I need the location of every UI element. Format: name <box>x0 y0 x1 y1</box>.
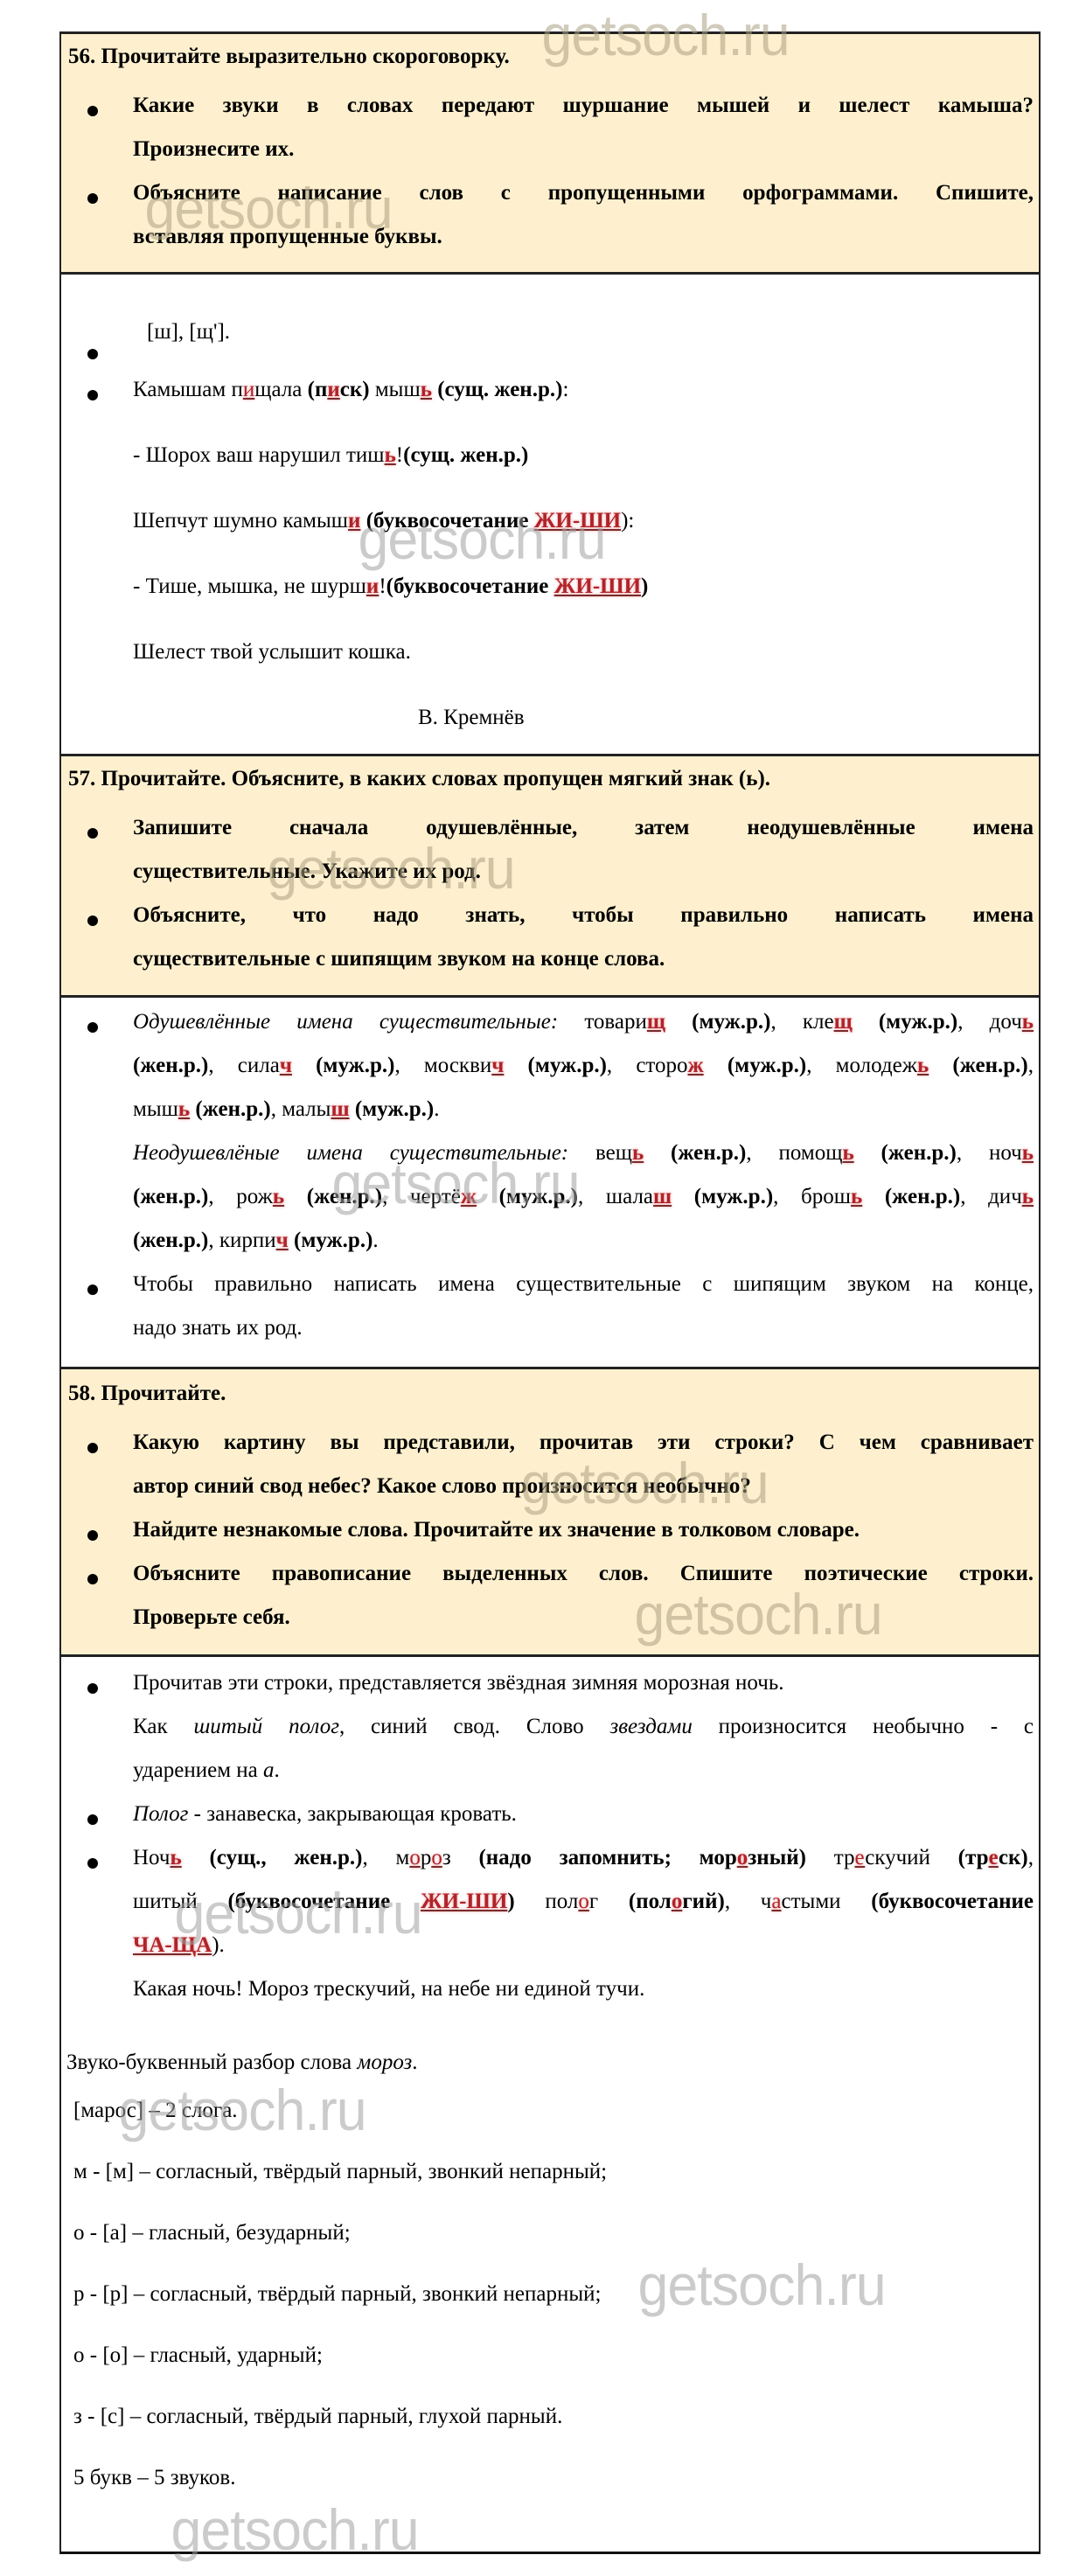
text-segment: ! <box>396 443 403 467</box>
text-segment: (жен.р.) <box>133 1185 208 1208</box>
text-segment: ) <box>507 1890 514 1913</box>
exercise-57-question: 57. Прочитайте. Объясните, в каких слова… <box>59 754 1041 995</box>
text-segment: скучий <box>865 1846 957 1869</box>
ex58-task-3-line-1: Объясните правописание выделенных слов. … <box>133 1562 1034 1586</box>
text-segment: Одушевлённые имена существительные: <box>133 1010 558 1034</box>
text-segment: , м <box>362 1846 409 1869</box>
text-segment: Шелест твой услышит кошка. <box>133 640 411 664</box>
text-segment: (жен.р.) <box>133 1054 208 1077</box>
text-segment: , сторо <box>607 1054 688 1077</box>
highlighted-orthogram: о <box>737 1846 748 1869</box>
bullet-icon <box>87 390 98 400</box>
text-segment: ) <box>641 574 648 598</box>
text-segment: Какая ночь! Мороз трескучий, на небе ни … <box>133 1977 644 2001</box>
text-segment: зный) <box>748 1846 806 1869</box>
text-segment: (жен.р.) <box>284 1185 382 1208</box>
analysis-line: м - [м] – согласный, твёрдый парный, зво… <box>73 2160 607 2184</box>
analysis-line: р - [р] – согласный, твёрдый парный, зво… <box>73 2282 601 2307</box>
text-segment: (муж.р.) <box>289 1229 373 1252</box>
text-segment: ). <box>212 1933 225 1957</box>
text-segment: - занавеска, закрывающая кровать. <box>188 1802 517 1826</box>
ex57-task-2-line-2: существительные с шипящим звуком на конц… <box>133 947 665 971</box>
highlighted-orthogram: ь <box>273 1185 284 1208</box>
text-segment: (буквосочетание <box>360 509 533 533</box>
highlighted-orthogram: а <box>771 1890 781 1913</box>
highlighted-orthogram: ч <box>491 1054 504 1077</box>
exercise-57-title: 57. Прочитайте. Объясните, в каких слова… <box>68 767 770 791</box>
analysis-line: о - [а] – гласный, безударный; <box>73 2221 351 2245</box>
ex57-rule-line-1: Чтобы правильно написать имена существит… <box>133 1272 1034 1297</box>
text-segment: мыш <box>370 378 421 401</box>
text-segment: Шепчут шумно камыш <box>133 509 348 533</box>
highlighted-orthogram: ь <box>917 1054 929 1077</box>
text-segment: щала <box>254 378 307 401</box>
bullet-icon <box>87 1683 98 1694</box>
highlighted-orthogram: о <box>409 1846 421 1869</box>
bullet-icon <box>87 916 98 926</box>
highlighted-orthogram: ж <box>688 1054 704 1077</box>
ex57-animate-line: (жен.р.), силач (муж.р.), москвич (муж.р… <box>133 1054 1034 1078</box>
text-segment: , малы <box>271 1097 331 1121</box>
bullet-icon <box>87 1574 98 1584</box>
ex56-verse-line: - Шорох ваш нарушил тишь!(сущ. жен.р.) <box>133 443 528 468</box>
text-segment: , помощ <box>746 1141 842 1165</box>
text-segment: (муж.р.) <box>477 1185 578 1208</box>
text-segment: (сущ. жен.р.) <box>403 443 528 467</box>
text-segment: г <box>589 1890 629 1913</box>
exercise-57-answer: Одушевлённые имена существительные: това… <box>59 995 1041 1367</box>
text-segment: . <box>372 1229 378 1252</box>
text-segment: шитый полог <box>193 1715 339 1738</box>
ex58-task-1-line-2: автор синий свод небес? Какое слово прои… <box>133 1474 751 1499</box>
ex57-inanimate-line: (жен.р.), кирпич (муж.р.). <box>133 1229 379 1253</box>
highlighted-orthogram: щ <box>647 1010 665 1034</box>
highlighted-orthogram: щ <box>834 1010 853 1034</box>
exercise-56-title: 56. Прочитайте выразительно скороговорку… <box>68 45 510 69</box>
bullet-icon <box>87 349 98 359</box>
ex56-task-1-line-2: Произнесите их. <box>133 137 294 162</box>
text-segment: (жен.р.) <box>854 1141 957 1165</box>
ex58-spelling-line: Какая ночь! Мороз трескучий, на небе ни … <box>133 1977 644 2002</box>
text-segment: а <box>263 1758 275 1782</box>
text-segment: - Тише, мышка, не шурш <box>133 574 366 598</box>
text-segment: ск) <box>340 378 370 401</box>
highlighted-orthogram: е <box>854 1846 865 1869</box>
exercise-58-answer: Прочитав эти строки, представляется звёз… <box>59 1654 1041 2554</box>
highlighted-orthogram: ь <box>842 1141 853 1165</box>
text-segment: , рож <box>208 1185 273 1208</box>
text-segment: Ноч <box>133 1846 170 1869</box>
text-segment: Прочитав эти строки, представляется звёз… <box>133 1671 784 1695</box>
text-segment: (надо запомнить; мор <box>478 1846 736 1869</box>
text-segment: , <box>1028 1846 1034 1869</box>
text-segment: гий) <box>682 1890 725 1913</box>
text-segment: (муж.р.) <box>350 1097 435 1121</box>
bullet-icon <box>87 1443 98 1453</box>
text-segment: вещ <box>568 1141 632 1165</box>
ex57-rule-line-2: надо знать их род. <box>133 1316 303 1340</box>
text-segment: , кле <box>771 1010 834 1034</box>
text-segment: (муж.р.) <box>504 1054 607 1077</box>
text-segment: (жен.р.) <box>133 1229 208 1252</box>
ex58-answer-line: Прочитав эти строки, представляется звёз… <box>133 1671 784 1695</box>
ex57-task-1-line-2: существительные. Укажите их род. <box>133 860 481 884</box>
ex56-verse-line: Шелест твой услышит кошка. <box>133 640 411 665</box>
ex58-task-3-line-2: Проверьте себя. <box>133 1605 290 1630</box>
text-segment: (сущ. жен.р.) <box>432 378 562 401</box>
analysis-line: з - [с] – согласный, твёрдый парный, глу… <box>73 2405 562 2429</box>
highlighted-orthogram: ж <box>461 1185 477 1208</box>
text-segment: (жен.р.) <box>929 1054 1028 1077</box>
text-segment: Полог <box>133 1802 188 1826</box>
text-segment: звездами <box>609 1715 692 1738</box>
ex56-task-2-line-2: вставляя пропущенные буквы. <box>133 225 442 249</box>
text-segment: (тр <box>958 1846 989 1869</box>
text-segment: ! <box>379 574 386 598</box>
bullet-icon <box>87 828 98 839</box>
ex58-spelling-line: Ночь (сущ., жен.р.), мороз (надо запомни… <box>133 1846 1034 1870</box>
text-segment: ск) <box>999 1846 1028 1869</box>
highlighted-orthogram: о <box>431 1846 442 1869</box>
highlighted-orthogram: ь <box>632 1141 644 1165</box>
text-segment: , <box>1028 1054 1034 1077</box>
ex58-spelling-line: шитый (буквосочетание ЖИ-ШИ) полог (поло… <box>133 1890 1034 1914</box>
exercise-58-title: 58. Прочитайте. <box>68 1382 226 1406</box>
ex58-task-2: Найдите незнакомые слова. Прочитайте их … <box>133 1518 860 1542</box>
text-segment: ): <box>621 509 634 533</box>
bullet-icon <box>87 193 98 204</box>
text-segment: , сила <box>208 1054 279 1077</box>
highlighted-orthogram: и <box>348 509 360 533</box>
highlighted-orthogram: о <box>578 1890 589 1913</box>
text-segment: (буквосочетание <box>227 1890 420 1913</box>
text-segment: , ноч <box>957 1141 1022 1165</box>
bullet-icon <box>87 1285 98 1295</box>
highlighted-orthogram: ш <box>331 1097 349 1121</box>
ex58-answer-line: ударением на а. <box>133 1758 280 1783</box>
text-segment: (жен.р.) <box>862 1185 960 1208</box>
ex58-polog-definition: Полог - занавеска, закрывающая кровать. <box>133 1802 517 1827</box>
text-segment: (пол <box>629 1890 672 1913</box>
text-segment: стыми <box>782 1890 872 1913</box>
text-segment: (муж.р.) <box>672 1185 773 1208</box>
text-segment: (муж.р.) <box>292 1054 395 1077</box>
bullet-icon <box>87 106 98 116</box>
text-segment: , кирпи <box>208 1229 275 1252</box>
highlighted-orthogram: и <box>366 574 379 598</box>
exercise-56-question: 56. Прочитайте выразительно скороговорку… <box>59 31 1041 272</box>
bullet-icon <box>87 1814 98 1825</box>
ex56-verse-line: Шепчут шумно камыши (буквосочетание ЖИ-Ш… <box>133 509 634 533</box>
text-segment: , ч <box>725 1890 772 1913</box>
text-segment: , брош <box>773 1185 851 1208</box>
text-segment: ударением на <box>133 1758 263 1782</box>
highlighted-orthogram: ЖИ-ШИ <box>554 574 641 598</box>
text-segment: (п <box>308 378 328 401</box>
text-segment: товари <box>558 1010 647 1034</box>
text-segment: (муж.р.) <box>704 1054 807 1077</box>
text-segment: (жен.р.) <box>190 1097 271 1121</box>
text-segment: - Шорох ваш нарушил тиш <box>133 443 385 467</box>
highlighted-orthogram: ЧА-ЩА <box>133 1933 212 1957</box>
text-segment: (муж.р.) <box>665 1010 771 1034</box>
text-segment: Неодушевлёные имена существительные: <box>133 1141 568 1165</box>
text-segment: , чертё <box>382 1185 461 1208</box>
ex57-inanimate-line: Неодушевлёные имена существительные: вещ… <box>133 1141 1034 1166</box>
text-segment: Камышам п <box>133 378 243 401</box>
ex58-answer-line: Как шитый полог, синий свод. Слово звезд… <box>133 1715 1034 1739</box>
bullet-icon <box>87 1022 98 1033</box>
highlighted-orthogram: ь <box>170 1846 181 1869</box>
highlighted-orthogram: ч <box>280 1054 292 1077</box>
text-segment: тр <box>806 1846 855 1869</box>
text-segment: (буквосочетание <box>871 1890 1034 1913</box>
ex56-verse-line: - Тише, мышка, не шурши!(буквосочетание … <box>133 574 648 599</box>
ex58-spelling-line: ЧА-ЩА). <box>133 1933 225 1958</box>
text-segment: шитый <box>133 1890 227 1913</box>
highlighted-orthogram: ш <box>653 1185 672 1208</box>
text-segment: мыш <box>133 1097 178 1121</box>
bullet-icon <box>87 1858 98 1869</box>
text-segment: , шала <box>578 1185 653 1208</box>
text-segment: , доч <box>957 1010 1022 1034</box>
analysis-line: 5 букв – 5 звуков. <box>73 2466 235 2490</box>
text-segment: , молодеж <box>806 1054 917 1077</box>
exercise-58-question: 58. Прочитайте. Какую картину вы предста… <box>59 1367 1041 1654</box>
analysis-title: Звуко-буквенный разбор слова мороз. <box>66 2050 418 2075</box>
ex56-sounds: [ш], [щ']. <box>147 320 230 345</box>
text-segment: Как <box>133 1715 193 1738</box>
highlighted-orthogram: ь <box>421 378 432 401</box>
text-segment: : <box>562 378 568 401</box>
bullet-icon <box>87 1530 98 1541</box>
analysis-line: о - [о] – гласный, ударный; <box>73 2343 323 2368</box>
text-segment: произносится необычно - с <box>693 1715 1034 1738</box>
highlighted-orthogram: и <box>327 378 339 401</box>
analysis-line: [марос] – 2 слога. <box>73 2099 238 2123</box>
ex57-animate-line: Одушевлённые имена существительные: това… <box>133 1010 1034 1034</box>
text-segment: . <box>434 1097 439 1121</box>
highlighted-orthogram: ь <box>1022 1185 1034 1208</box>
highlighted-orthogram: ЖИ-ШИ <box>421 1890 507 1913</box>
ex58-task-1-line-1: Какую картину вы представили, прочитав э… <box>133 1431 1034 1455</box>
text-segment: з <box>442 1846 479 1869</box>
text-segment: (муж.р.) <box>853 1010 958 1034</box>
ex57-inanimate-line: (жен.р.), рожь (жен.р.), чертёж (муж.р.)… <box>133 1185 1034 1209</box>
highlighted-orthogram: ь <box>851 1185 862 1208</box>
ex56-task-2-line-1: Объясните написание слов с пропущенными … <box>133 181 1034 205</box>
ex57-animate-line: мышь (жен.р.), малыш (муж.р.). <box>133 1097 439 1122</box>
text-segment: , москви <box>394 1054 491 1077</box>
highlighted-orthogram: ь <box>1022 1141 1034 1165</box>
text-segment: р <box>421 1846 432 1869</box>
text-segment: (сущ., жен.р.) <box>182 1846 363 1869</box>
text-segment: (буквосочетание <box>386 574 554 598</box>
highlighted-orthogram: е <box>989 1846 999 1869</box>
ex56-author: В. Кремнёв <box>418 706 525 730</box>
ex56-task-1-line-1: Какие звуки в словах передают шуршание м… <box>133 94 1034 118</box>
text-segment: , синий свод. Слово <box>339 1715 609 1738</box>
text-segment: (жен.р.) <box>644 1141 746 1165</box>
text-segment: . <box>275 1758 280 1782</box>
ex56-verse-line: Камышам пищала (писк) мышь (сущ. жен.р.)… <box>133 378 568 402</box>
highlighted-orthogram: ЖИ-ШИ <box>534 509 621 533</box>
text-segment: , дич <box>960 1185 1022 1208</box>
highlighted-orthogram: о <box>672 1890 683 1913</box>
highlighted-orthogram: ь <box>1022 1010 1034 1034</box>
highlighted-orthogram: ь <box>178 1097 190 1121</box>
highlighted-orthogram: ь <box>385 443 396 467</box>
ex57-task-1-line-1: Запишите сначала одушевлённые, затем нео… <box>133 816 1034 840</box>
highlighted-orthogram: ч <box>276 1229 289 1252</box>
exercise-56-answer: [ш], [щ']. Камышам пищала (писк) мышь (с… <box>59 272 1041 754</box>
highlighted-orthogram: и <box>243 378 254 401</box>
text-segment: пол <box>515 1890 579 1913</box>
ex57-task-2-line-1: Объясните, что надо знать, чтобы правиль… <box>133 903 1034 928</box>
